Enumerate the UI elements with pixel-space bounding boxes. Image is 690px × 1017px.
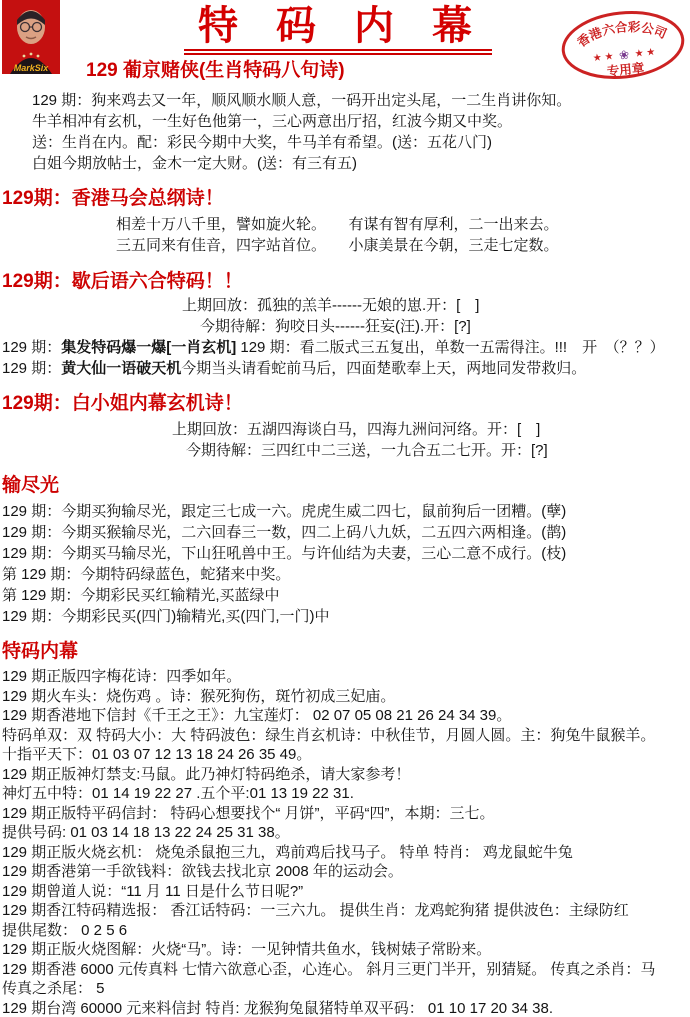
section-body: 相差十万八千里，譬如旋火轮。 有谋有智有厚利，二一出来去。 三五同来有佳音，四字…	[116, 214, 690, 256]
body-line: 牛羊相冲有玄机，一生好色他第一，三心两意出厅招，红波今期又中奖。	[32, 111, 690, 132]
page-root: MarkSix 特 码 内 幕 香港六合彩公司 ★ ★ ❀ ★ ★ 专用章 12…	[0, 0, 690, 1017]
body-line: 129 期香港第一手欲钱料：欲钱去找北京 2008 年的运动会。	[2, 862, 690, 882]
body-line: 传真之杀尾： 5	[2, 979, 690, 999]
section-neimu: 特码内幕 129 期正版四字梅花诗：四季如年。 129 期火车头：烧伤鸡 。诗：…	[2, 639, 690, 1017]
body-line: 129 期：今期彩民买(四门)输精光,买(四门,一门)中	[2, 606, 690, 627]
jacket-button	[37, 55, 40, 58]
section-header: 129期：白小姐内幕玄机诗！	[2, 391, 690, 417]
section-header: 129期：歇后语六合特码！！	[2, 269, 690, 295]
body-line: 129 期正版特平码信封： 特码心想要找个“ 月饼”，平码“四”，本期：三七。	[2, 804, 690, 824]
body-line: 129 期正版四字梅花诗：四季如年。	[2, 667, 690, 687]
section-shujinguang: 输尽光 129 期：今期买狗输尽光，跟定三七成一六。虎虎生威二四七，鼠前狗后一团…	[2, 473, 690, 627]
body-line: 第 129 期：今期特码绿蓝色，蛇猪来中奖。	[2, 564, 690, 585]
body-line: 129 期正版火烧图解：火烧“马”。诗：一见钟情共鱼水，钱树婊子常盼来。	[2, 940, 690, 960]
body-line: 提供号码: 01 03 14 18 13 22 24 25 31 38。	[2, 823, 690, 843]
body-line: 神灯五中特：01 14 19 22 27 .五个平:01 13 19 22 31…	[2, 784, 690, 804]
section-body: 129 期正版四字梅花诗：四季如年。 129 期火车头：烧伤鸡 。诗：猴死狗伤，…	[2, 667, 690, 1017]
line-rest: 129 期：看二版式三五复出，单数一五需得注。!!! 开 （？？）	[236, 339, 664, 356]
stamp-flower-icon: ❀	[618, 47, 629, 62]
body-line: 129 期火车头：烧伤鸡 。诗：猴死狗伤，斑竹初成三妃庙。	[2, 687, 690, 707]
previous-issue-line: 上期回放：孤独的羔羊------无娘的崽.开：[ ]	[182, 295, 690, 316]
official-stamp: 香港六合彩公司 ★ ★ ❀ ★ ★ 专用章	[554, 1, 690, 88]
section-header: 输尽光	[2, 473, 690, 499]
body-line: 129 期：今期买狗输尽光，跟定三七成一六。虎虎生威二四七，鼠前狗后一团糟。(孽…	[2, 501, 690, 522]
body-line: 129 期正版火烧玄机： 烧兔杀鼠抱三九，鸡前鸡后找马子。 特单 特肖： 鸡龙鼠…	[2, 843, 690, 863]
body-line: 提供尾数： 0 2 5 6	[2, 921, 690, 941]
body-line: 相差十万八千里，譬如旋火轮。 有谋有智有厚利，二一出来去。	[116, 214, 690, 235]
line-bold-segment: 集发特码爆一爆[一肖玄机]	[61, 339, 236, 356]
section-baixiaojie: 129期：白小姐内幕玄机诗！ 上期回放：五湖四海谈白马，四海九洲问河络。开：[ …	[2, 391, 690, 461]
body-line: 129 期：集发特码爆一爆[一肖玄机] 129 期：看二版式三五复出，单数一五需…	[2, 337, 690, 358]
jacket-button	[23, 55, 26, 58]
page-title: 特 码 内 幕	[184, 4, 492, 55]
body-line: 129 期香江特码精选报： 香江话特码：一三六九。 提供生肖：龙鸡蛇狗猪 提供波…	[2, 901, 690, 921]
body-line: 第 129 期：今期彩民买红输精光,买蓝绿中	[2, 585, 690, 606]
stamp-stars-left: ★ ★	[592, 51, 614, 64]
section-body: 129 期：狗来鸡去又一年，顺风顺水顺人意，一码开出定头尾，一二生肖讲你知。 牛…	[32, 90, 690, 174]
body-line: 129 期香港地下信封《千王之王》：九宝莲灯： 02 07 05 08 21 2…	[2, 706, 690, 726]
section-header: 特码内幕	[2, 639, 690, 665]
previous-issue-line: 上期回放：五湖四海谈白马，四海九洲问河络。开：[ ]	[172, 419, 690, 440]
jacket-button	[30, 53, 33, 56]
body-line: 129 期：黄大仙一语破天机今期当头请看蛇前马后，四面楚歌奉上天，两地同发带救归…	[2, 358, 690, 379]
current-issue-line: 今期待解：三四红中二三送，一九合五二七开。开：[?]	[186, 440, 690, 461]
title-block: 特 码 内 幕	[120, 4, 556, 55]
body-line: 129 期：今期买马输尽光，下山狂吼兽中王。与许仙结为夫妻，三心二意不成行。(枝…	[2, 543, 690, 564]
line-prefix: 129 期：	[2, 339, 61, 356]
body-line: 129 期香港 6000 元传真料 七情六欲意心歪，心连心。 斜月三更门半开，别…	[2, 960, 690, 980]
section-zonggang: 129期：香港马会总纲诗！ 相差十万八千里，譬如旋火轮。 有谋有智有厚利，二一出…	[2, 186, 690, 256]
mark-six-photo: MarkSix	[2, 0, 60, 74]
body-line: 三五同来有佳音，四字站首位。 小康美景在今朝，三走七定数。	[116, 235, 690, 256]
section-body: 129 期：今期买狗输尽光，跟定三七成一六。虎虎生威二四七，鼠前狗后一团糟。(孽…	[2, 501, 690, 627]
line-bold-segment: 黄大仙一语破天机	[61, 360, 181, 377]
stamp-stars-right: ★ ★	[634, 47, 656, 60]
line-rest: 今期当头请看蛇前马后，四面楚歌奉上天，两地同发带救归。	[181, 360, 586, 377]
current-issue-line: 今期待解：狗咬日头------狂妄(汪).开：[?]	[200, 316, 690, 337]
body-line: 送：生肖在内。配：彩民今期中大奖，牛马羊有希望。(送：五花八门)	[32, 132, 690, 153]
section-header: 129期：香港马会总纲诗！	[2, 186, 690, 212]
body-line: 白姐今期放帖士，金木一定大财。(送：有三有五)	[32, 153, 690, 174]
body-line: 129 期正版神灯禁支:马鼠。此乃神灯特码绝杀，请大家参考！	[2, 765, 690, 785]
body-line: 十指平天下：01 03 07 12 13 18 24 26 35 49。	[2, 745, 690, 765]
line-prefix: 129 期：	[2, 360, 61, 377]
header: MarkSix 特 码 内 幕 香港六合彩公司 ★ ★ ❀ ★ ★ 专用章	[2, 0, 690, 58]
body-line: 129 期：今期买猴输尽光，二六回春三一数，四二上码八九妖，二五四六两相逢。(鹊…	[2, 522, 690, 543]
body-line: 129 期台湾 60000 元来料信封 特肖: 龙猴狗兔鼠猪特单双平码： 01 …	[2, 999, 690, 1017]
body-line: 特码单双：双 特码大小：大 特码波色：绿生肖玄机诗：中秋佳节，月圆人圆。主：狗兔…	[2, 726, 690, 746]
body-line: 129 期曾道人说：“11 月 11 日是什么节日呢?”	[2, 882, 690, 902]
photo-caption: MarkSix	[14, 63, 50, 73]
section-xiehouyu: 129期：歇后语六合特码！！ 上期回放：孤独的羔羊------无娘的崽.开：[ …	[2, 269, 690, 379]
body-line: 129 期：狗来鸡去又一年，顺风顺水顺人意，一码开出定头尾，一二生肖讲你知。	[32, 90, 690, 111]
